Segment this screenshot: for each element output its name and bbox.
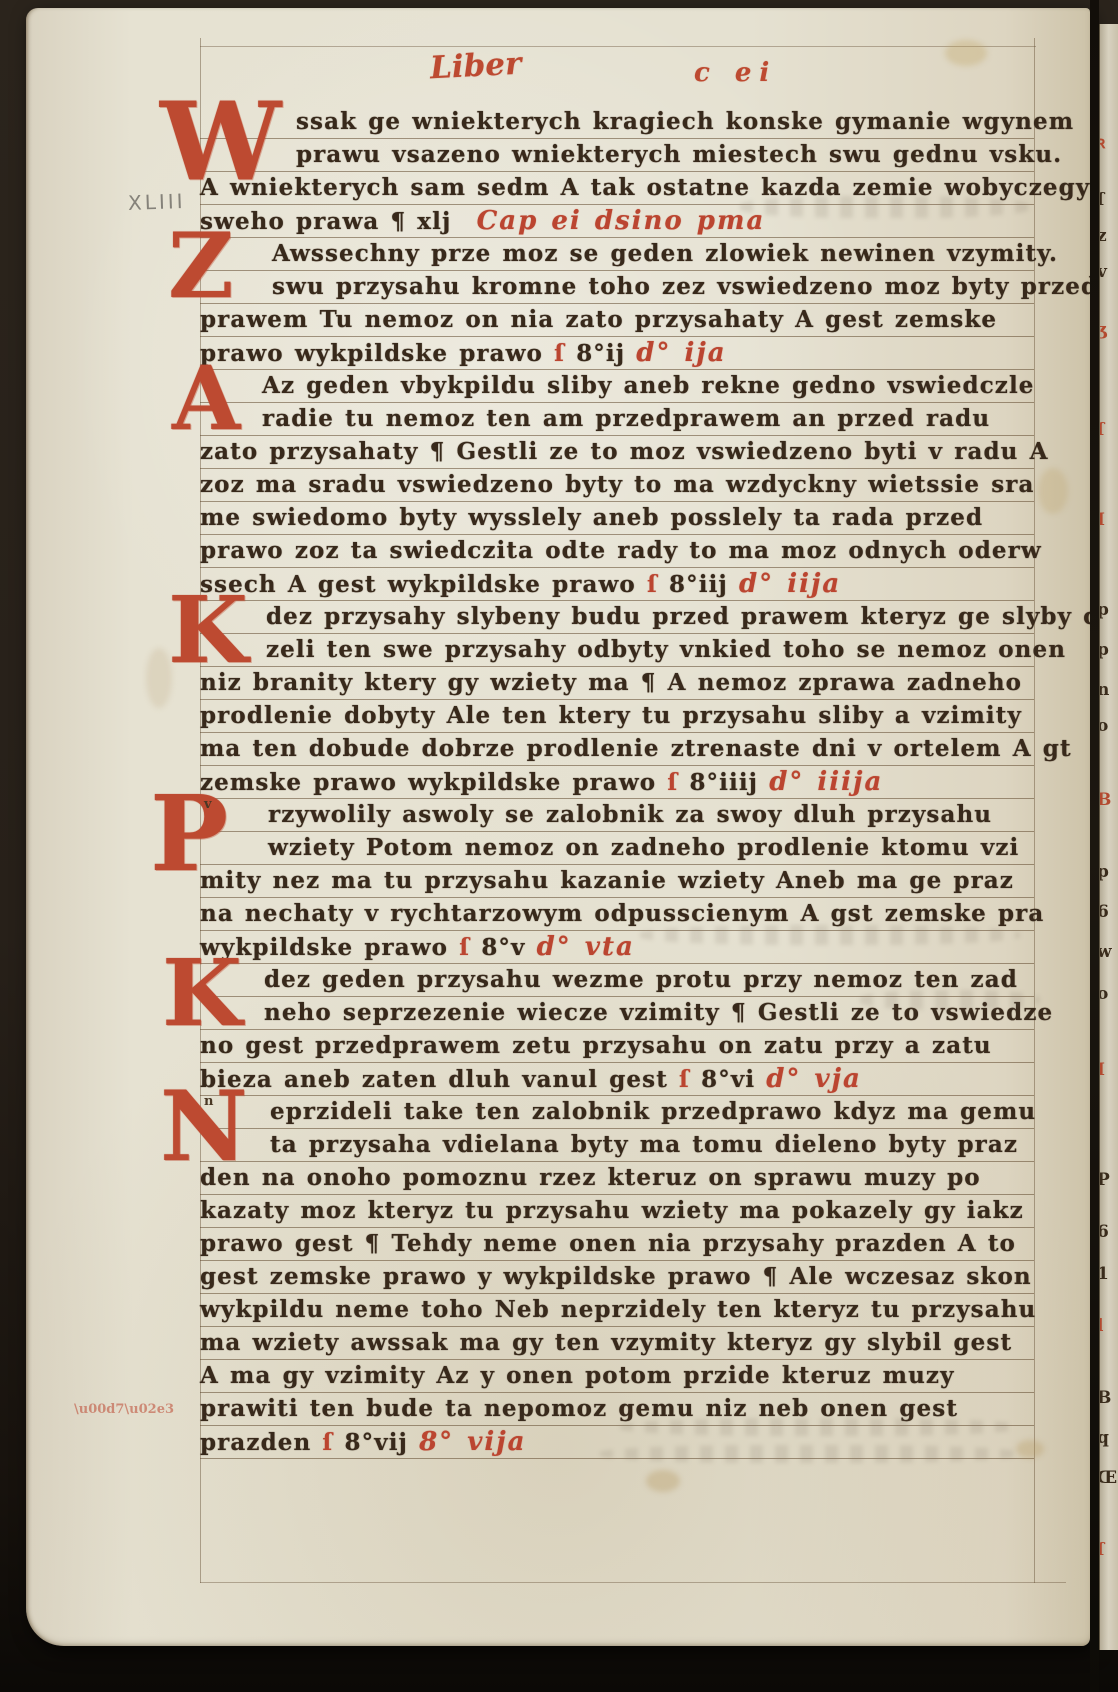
text-line: prawem Tu nemoz on nia zato przysahaty A… [200, 304, 1034, 337]
script-text: rzywolily aswoly se zalobnik za swoy dlu… [268, 801, 992, 828]
text-line: niz branity ktery gy wziety ma ¶ A nemoz… [200, 667, 1034, 700]
script-text: den na onoho pomoznu rzez kteruz on spra… [200, 1164, 981, 1191]
ruling-line-top [200, 46, 1036, 47]
facing-page-letter-fragment: v [1099, 262, 1107, 282]
script-text: sweho prawa ¶ xlj [200, 208, 477, 235]
facing-page-letter-fragment: p [1099, 640, 1109, 660]
rubricator-guide-letter: n [204, 1094, 213, 1109]
text-line: zeli ten swe przysahy odbyty vnkied toho… [200, 634, 1034, 667]
facing-page-sliver: ꝛſzvʒſIppnoBp6woIP61lBqŒſ [1099, 24, 1118, 1650]
text-line: zemske prawo wykpildske prawo ſ 8°iiij d… [200, 766, 1034, 799]
script-text: mity nez ma tu przysahu kazanie wziety A… [200, 867, 1014, 894]
ruling-line-bottom [200, 1582, 1066, 1583]
text-line: Az geden vbykpildu sliby aneb rekne gedn… [200, 370, 1034, 403]
facing-page-letter-fragment: o [1099, 716, 1108, 736]
text-line: wziety Potom nemoz on zadneho prodlenie … [200, 832, 1034, 865]
script-text: 8°ij [576, 340, 636, 367]
script-text: A ma gy vzimity Az y onen potom przide k… [200, 1362, 955, 1389]
script-text: gest zemske prawo y wykpildske prawo ¶ A… [200, 1263, 1032, 1290]
text-line: prawo gest ¶ Tehdy neme onen nia przysah… [200, 1228, 1034, 1261]
rubricator-guide-letter: v [204, 797, 212, 812]
text-line: radie tu nemoz ten am przedprawem an prz… [200, 403, 1034, 436]
script-text: prawo zoz ta swiedczita odte rady to ma … [200, 537, 1042, 564]
rubric-text: d° vta [537, 932, 635, 962]
text-line: den na onoho pomoznu rzez kteruz on spra… [200, 1162, 1034, 1195]
script-text: ma ten dobude dobrze prodlenie ztrenaste… [200, 735, 1072, 762]
facing-page-letter-fragment: z [1099, 226, 1107, 246]
show-through-ghost [640, 925, 1020, 945]
script-text: 8°iiij [689, 769, 769, 796]
rubric-text: ſ [322, 1429, 344, 1456]
running-title: Liber [429, 46, 522, 87]
facing-page-letter-fragment: l [1099, 1316, 1103, 1336]
rubric-text: ſ [667, 769, 689, 796]
text-line: ma wziety awssak ma gy ten vzymity ktery… [200, 1327, 1034, 1360]
facing-page-letter-fragment: q [1099, 1428, 1109, 1448]
text-line: prawo wykpildske prawo ſ 8°ij d° ija [200, 337, 1034, 370]
text-line: dez przysahy slybeny budu przed prawem k… [200, 601, 1034, 634]
facing-page-letter-fragment: p [1099, 600, 1109, 620]
facing-page-letter-fragment: P [1099, 1170, 1110, 1190]
lombard-initial: A [172, 362, 240, 434]
text-line: Awssechny prze moz se geden zlowiek newi… [200, 238, 1034, 271]
script-text: zemske prawo wykpildske prawo [200, 769, 667, 796]
script-text: swu przysahu kromne toho zez vswiedzeno … [272, 273, 1098, 300]
facing-page-letter-fragment: Œ [1099, 1468, 1117, 1488]
script-text: Awssechny prze moz se geden zlowiek newi… [272, 240, 1058, 267]
facing-page-letter-fragment: ꝛ [1099, 130, 1105, 153]
lombard-initial: W [160, 98, 281, 187]
script-text: wykpildu neme toho Neb neprzidely ten kt… [200, 1296, 1036, 1323]
script-text: 8°vij [345, 1429, 420, 1456]
text-line: bieza aneb zaten dluh vanul gest ſ 8°vi … [200, 1063, 1034, 1096]
facing-page-letter-fragment: ſ [1099, 420, 1104, 440]
rubric-text: d° vja [766, 1064, 862, 1094]
text-line: kazaty moz kteryz tu przysahu wziety ma … [200, 1195, 1034, 1228]
text-line: wykpildu neme toho Neb neprzidely ten kt… [200, 1294, 1034, 1327]
show-through-ghost [600, 1445, 1020, 1463]
script-text: eprzideli take ten zalobnik przedprawo k… [270, 1098, 1036, 1125]
facing-page-letter-fragment: I [1099, 510, 1105, 530]
script-text: no gest przedprawem zetu przysahu on zat… [200, 1032, 992, 1059]
text-line: swu przysahu kromne toho zez vswiedzeno … [200, 271, 1034, 304]
chapter-number-header: c ei [694, 58, 777, 88]
facing-page-letter-fragment: ʒ [1099, 320, 1107, 340]
text-line: eprzideli take ten zalobnik przedprawo k… [200, 1096, 1034, 1129]
rubric-text: d° ija [636, 338, 726, 368]
script-text: zato przysahaty ¶ Gestli ze to moz vswie… [200, 438, 1049, 465]
text-line: ma ten dobude dobrze prodlenie ztrenaste… [200, 733, 1034, 766]
facing-page-letter-fragment: w [1099, 942, 1112, 962]
script-text: 8°v [481, 934, 536, 961]
rubric-text: ſ [679, 1066, 701, 1093]
rubric-text: d° iija [739, 569, 841, 599]
script-text: prodlenie dobyty Ale ten ktery tu przysa… [200, 702, 1022, 729]
text-line: ssak ge wniekterych kragiech konske gyma… [200, 106, 1034, 139]
script-text: bieza aneb zaten dluh vanul gest [200, 1066, 679, 1093]
script-text: prawem Tu nemoz on nia zato przysahaty A… [200, 306, 997, 333]
pen-trial-mark: \u00d7\u02e3 [74, 1402, 174, 1417]
text-line: gest zemske prawo y wykpildske prawo ¶ A… [200, 1261, 1034, 1294]
script-text: kazaty moz kteryz tu przysahu wziety ma … [200, 1197, 1024, 1224]
script-text: wziety Potom nemoz on zadneho prodlenie … [268, 834, 1019, 861]
facing-page-letter-fragment: o [1099, 984, 1108, 1004]
rubric-text: ſ [647, 571, 669, 598]
facing-page-letter-fragment: I [1099, 1060, 1105, 1080]
text-block: Wssak ge wniekterych kragiech konske gym… [200, 106, 1034, 1459]
stain [945, 40, 987, 66]
script-text: prawo gest ¶ Tehdy neme onen nia przysah… [200, 1230, 1016, 1257]
text-line: me swiedomo byty wysslely aneb posslely … [200, 502, 1034, 535]
script-text: prawu vsazeno wniekterych miestech swu g… [296, 141, 1062, 168]
stain [1016, 1440, 1044, 1458]
text-line: zato przysahaty ¶ Gestli ze to moz vswie… [200, 436, 1034, 469]
lombard-initial: K [162, 956, 242, 1031]
script-text: ssak ge wniekterych kragiech konske gyma… [296, 108, 1074, 135]
rubric-text: ſ [554, 340, 576, 367]
script-text: radie tu nemoz ten am przedprawem an prz… [262, 405, 990, 432]
text-line: prawo zoz ta swiedczita odte rady to ma … [200, 535, 1034, 568]
script-text: ta przysaha vdielana byty ma tomu dielen… [270, 1131, 1018, 1158]
script-text: dez przysahy slybeny budu przed prawem k… [266, 603, 1116, 630]
script-text: zoz ma sradu vswiedzeno byty to ma wzdyc… [200, 471, 1034, 498]
text-line: ta przysaha vdielana byty ma tomu dielen… [200, 1129, 1034, 1162]
facing-page-letter-fragment: B [1099, 1388, 1111, 1408]
script-text: me swiedomo byty wysslely aneb posslely … [200, 504, 983, 531]
text-line: zoz ma sradu vswiedzeno byty to ma wzdyc… [200, 469, 1034, 502]
lombard-initial: Z [168, 230, 234, 304]
stain [1038, 468, 1068, 514]
text-line: A ma gy vzimity Az y onen potom przide k… [200, 1360, 1034, 1393]
text-line: ssech A gest wykpildske prawo ſ 8°iij d°… [200, 568, 1034, 601]
script-text: na nechaty v rychtarzowym odpusscienym A… [200, 900, 1044, 927]
show-through-ghost [620, 1418, 1020, 1436]
stain [646, 1470, 680, 1492]
script-text: prawo wykpildske prawo [200, 340, 554, 367]
script-text: prazden [200, 1429, 322, 1456]
facing-page-letter-fragment: p [1099, 862, 1109, 882]
text-line: rzywolily aswoly se zalobnik za swoy dlu… [200, 799, 1034, 832]
show-through-ghost [860, 990, 1040, 1010]
text-line: prodlenie dobyty Ale ten ktery tu przysa… [200, 700, 1034, 733]
manuscript-photo: Liber c ei XLIII Wssak ge wniekterych kr… [0, 0, 1118, 1692]
facing-page-letter-fragment: n [1099, 680, 1109, 700]
script-text: ma wziety awssak ma gy ten vzymity ktery… [200, 1329, 1012, 1356]
facing-page-letter-fragment: 1 [1099, 1264, 1109, 1284]
rubric-text: d° iiija [769, 767, 883, 797]
show-through-ghost [740, 196, 1030, 218]
lombard-initial: P [150, 791, 228, 876]
manuscript-page: Liber c ei XLIII Wssak ge wniekterych kr… [26, 8, 1090, 1646]
script-text: dez geden przysahu wezme protu przy nemo… [264, 966, 1018, 993]
lombard-initial: K [168, 593, 248, 668]
script-text: zeli ten swe przysahy odbyty vnkied toho… [266, 636, 1066, 663]
facing-page-letter-fragment: 6 [1099, 902, 1109, 922]
script-text: niz branity ktery gy wziety ma ¶ A nemoz… [200, 669, 1022, 696]
rubric-text: 8° vija [419, 1427, 526, 1457]
script-text: Az geden vbykpildu sliby aneb rekne gedn… [262, 372, 1035, 399]
facing-page-letter-fragment: ſ [1099, 190, 1104, 210]
text-line: mity nez ma tu przysahu kazanie wziety A… [200, 865, 1034, 898]
gutter-shadow [1090, 0, 1099, 1692]
script-text: 8°vi [701, 1066, 766, 1093]
script-text: ssech A gest wykpildske prawo [200, 571, 647, 598]
text-line: no gest przedprawem zetu przysahu on zat… [200, 1030, 1034, 1063]
facing-page-letter-fragment: ſ [1099, 1540, 1104, 1560]
script-text: 8°iij [669, 571, 739, 598]
facing-page-letter-fragment: B [1099, 790, 1111, 810]
text-line: prawu vsazeno wniekterych miestech swu g… [200, 139, 1034, 172]
facing-page-letter-fragment: 6 [1099, 1222, 1109, 1242]
rubric-text: Cap ei dsino pma [477, 206, 766, 236]
rubric-text: ſ [459, 934, 481, 961]
